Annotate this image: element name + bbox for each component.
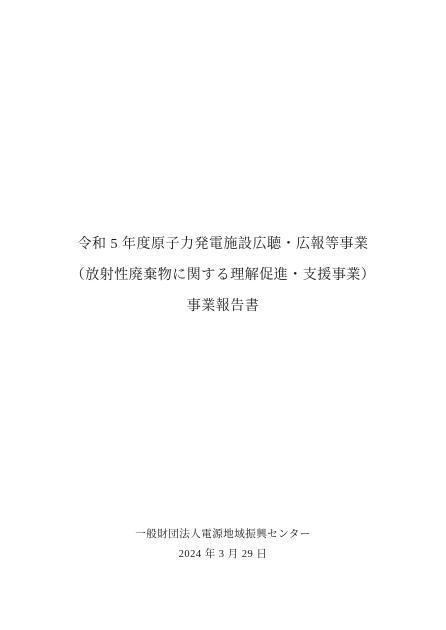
report-cover-page: 令和 5 年度原子力発電施設広聴・広報等事業 （放射性廃棄物に関する理解促進・支… <box>0 0 446 630</box>
footer-block: 一般財団法人電源地域振興センター 2024 年 3 月 29 日 <box>0 525 446 565</box>
report-subtitle-line: （放射性廃棄物に関する理解促進・支援事業） <box>0 260 446 291</box>
publication-date: 2024 年 3 月 29 日 <box>0 545 446 565</box>
title-block: 令和 5 年度原子力発電施設広聴・広報等事業 （放射性廃棄物に関する理解促進・支… <box>0 229 446 322</box>
report-doctype-line: 事業報告書 <box>0 291 446 322</box>
publisher-name: 一般財団法人電源地域振興センター <box>0 525 446 545</box>
report-title-line: 令和 5 年度原子力発電施設広聴・広報等事業 <box>0 229 446 260</box>
